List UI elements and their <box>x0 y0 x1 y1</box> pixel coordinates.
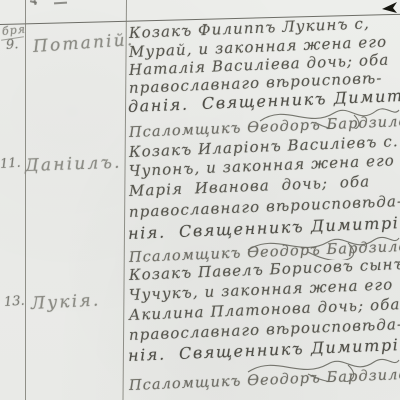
record-name: Лукія. <box>30 290 100 314</box>
record-day-number: 11. <box>0 156 21 172</box>
record-name: Даніилъ. <box>25 153 122 176</box>
metrical-book-scan: бря 9. Потапій. Козакъ Филиппъ Лукинъ с,… <box>0 0 400 400</box>
record-name: Потапій. <box>32 30 135 57</box>
psalmist-signature-line: Псаломщикъ Ѳеодоръ Бардзиловскій <box>129 366 400 394</box>
name-column-divider <box>123 0 128 400</box>
cropped-text-fragment <box>54 2 67 4</box>
margin-column-divider <box>25 0 26 400</box>
record-day-number: 9. <box>5 37 18 53</box>
corner-flag-icon <box>382 2 397 13</box>
record-day-number: 13. <box>3 294 25 310</box>
